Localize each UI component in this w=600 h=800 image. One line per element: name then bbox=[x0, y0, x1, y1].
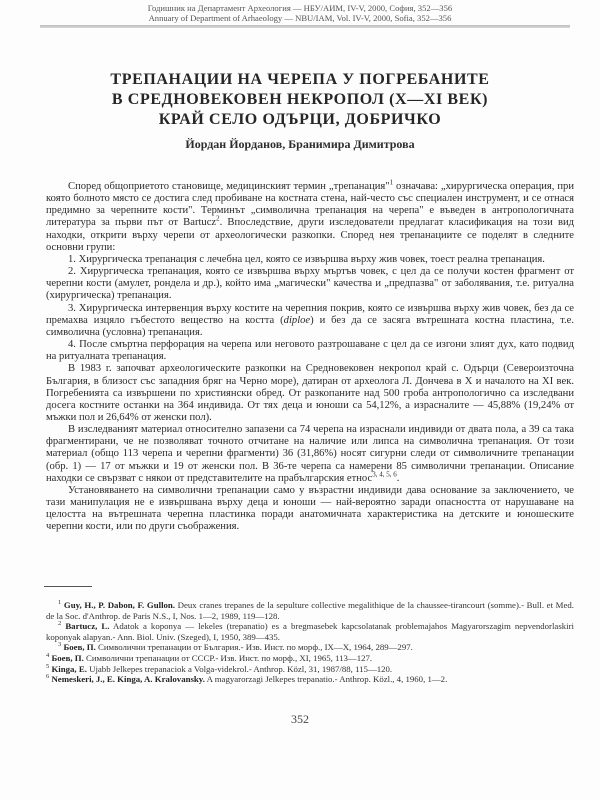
paragraph-group-1: 1. Хирургическа трепанация с лечебна цел… bbox=[46, 254, 574, 266]
footnote-divider bbox=[44, 586, 92, 587]
running-head-bulgarian: Годишник на Департамент Археология — НБУ… bbox=[40, 3, 560, 13]
paragraph-material: В изследваният материал относително запа… bbox=[46, 424, 574, 485]
paragraph-group-4: 4. После смъртна перфорация на черепа ил… bbox=[46, 339, 574, 363]
term-diploe: diploe bbox=[284, 315, 310, 326]
paragraph-group-2: 2. Хирургическа трепанация, която се изв… bbox=[46, 266, 574, 302]
footnote-6: 6 Nemeskeri, J., E. Kinga, A. Kralovansk… bbox=[46, 674, 574, 685]
header-divider bbox=[40, 25, 570, 28]
footnote-2: 2 Bartucz, L. Adatok a koponya — lekeles… bbox=[46, 621, 574, 642]
paragraph-group-3: 3. Хирургическа интервенция върху костит… bbox=[46, 303, 574, 339]
paragraph-excavations: В 1983 г. започват археологическите разк… bbox=[46, 363, 574, 424]
footnote-4: 4 Боев, П. Символични трепанации от СССР… bbox=[46, 653, 574, 664]
paragraph-intro: Според общоприетото становище, медицинск… bbox=[46, 181, 574, 254]
page-number: 352 bbox=[280, 712, 320, 727]
title-line-1: ТРЕПАНАЦИИ НА ЧЕРЕПА У ПОГРЕБАНИТЕ bbox=[60, 70, 540, 90]
footnotes: 1 Guy, H., P. Dabon, F. Gullon. Deux cra… bbox=[46, 600, 574, 685]
running-head-english: Annuary of Department of Arhaeology — NB… bbox=[40, 13, 560, 23]
footnote-refs-3-6[interactable]: 3, 4, 5, 6 bbox=[372, 470, 397, 478]
paragraph-conclusion: Установяването на символични трепанации … bbox=[46, 485, 574, 534]
title-line-2: В СРЕДНОВЕКОВЕН НЕКРОПОЛ (X—XI ВЕК) bbox=[60, 90, 540, 110]
title-line-3: КРАЙ СЕЛО ОДЪРЦИ, ДОБРИЧКО bbox=[60, 110, 540, 130]
footnote-5: 5 Kinga, E. Ujabb Jelkepes trepanaciok a… bbox=[46, 664, 574, 675]
article-body: Според общоприетото становище, медицинск… bbox=[46, 181, 574, 534]
footnote-1: 1 Guy, H., P. Dabon, F. Gullon. Deux cra… bbox=[46, 600, 574, 621]
article-authors: Йордан Йорданов, Бранимира Димитрова bbox=[60, 137, 540, 152]
footnote-3: 3 Боев, П. Символични трепанации от Бълг… bbox=[46, 642, 574, 653]
article-title: ТРЕПАНАЦИИ НА ЧЕРЕПА У ПОГРЕБАНИТЕ В СРЕ… bbox=[60, 70, 540, 130]
running-head: Годишник на Департамент Археология — НБУ… bbox=[40, 3, 560, 23]
